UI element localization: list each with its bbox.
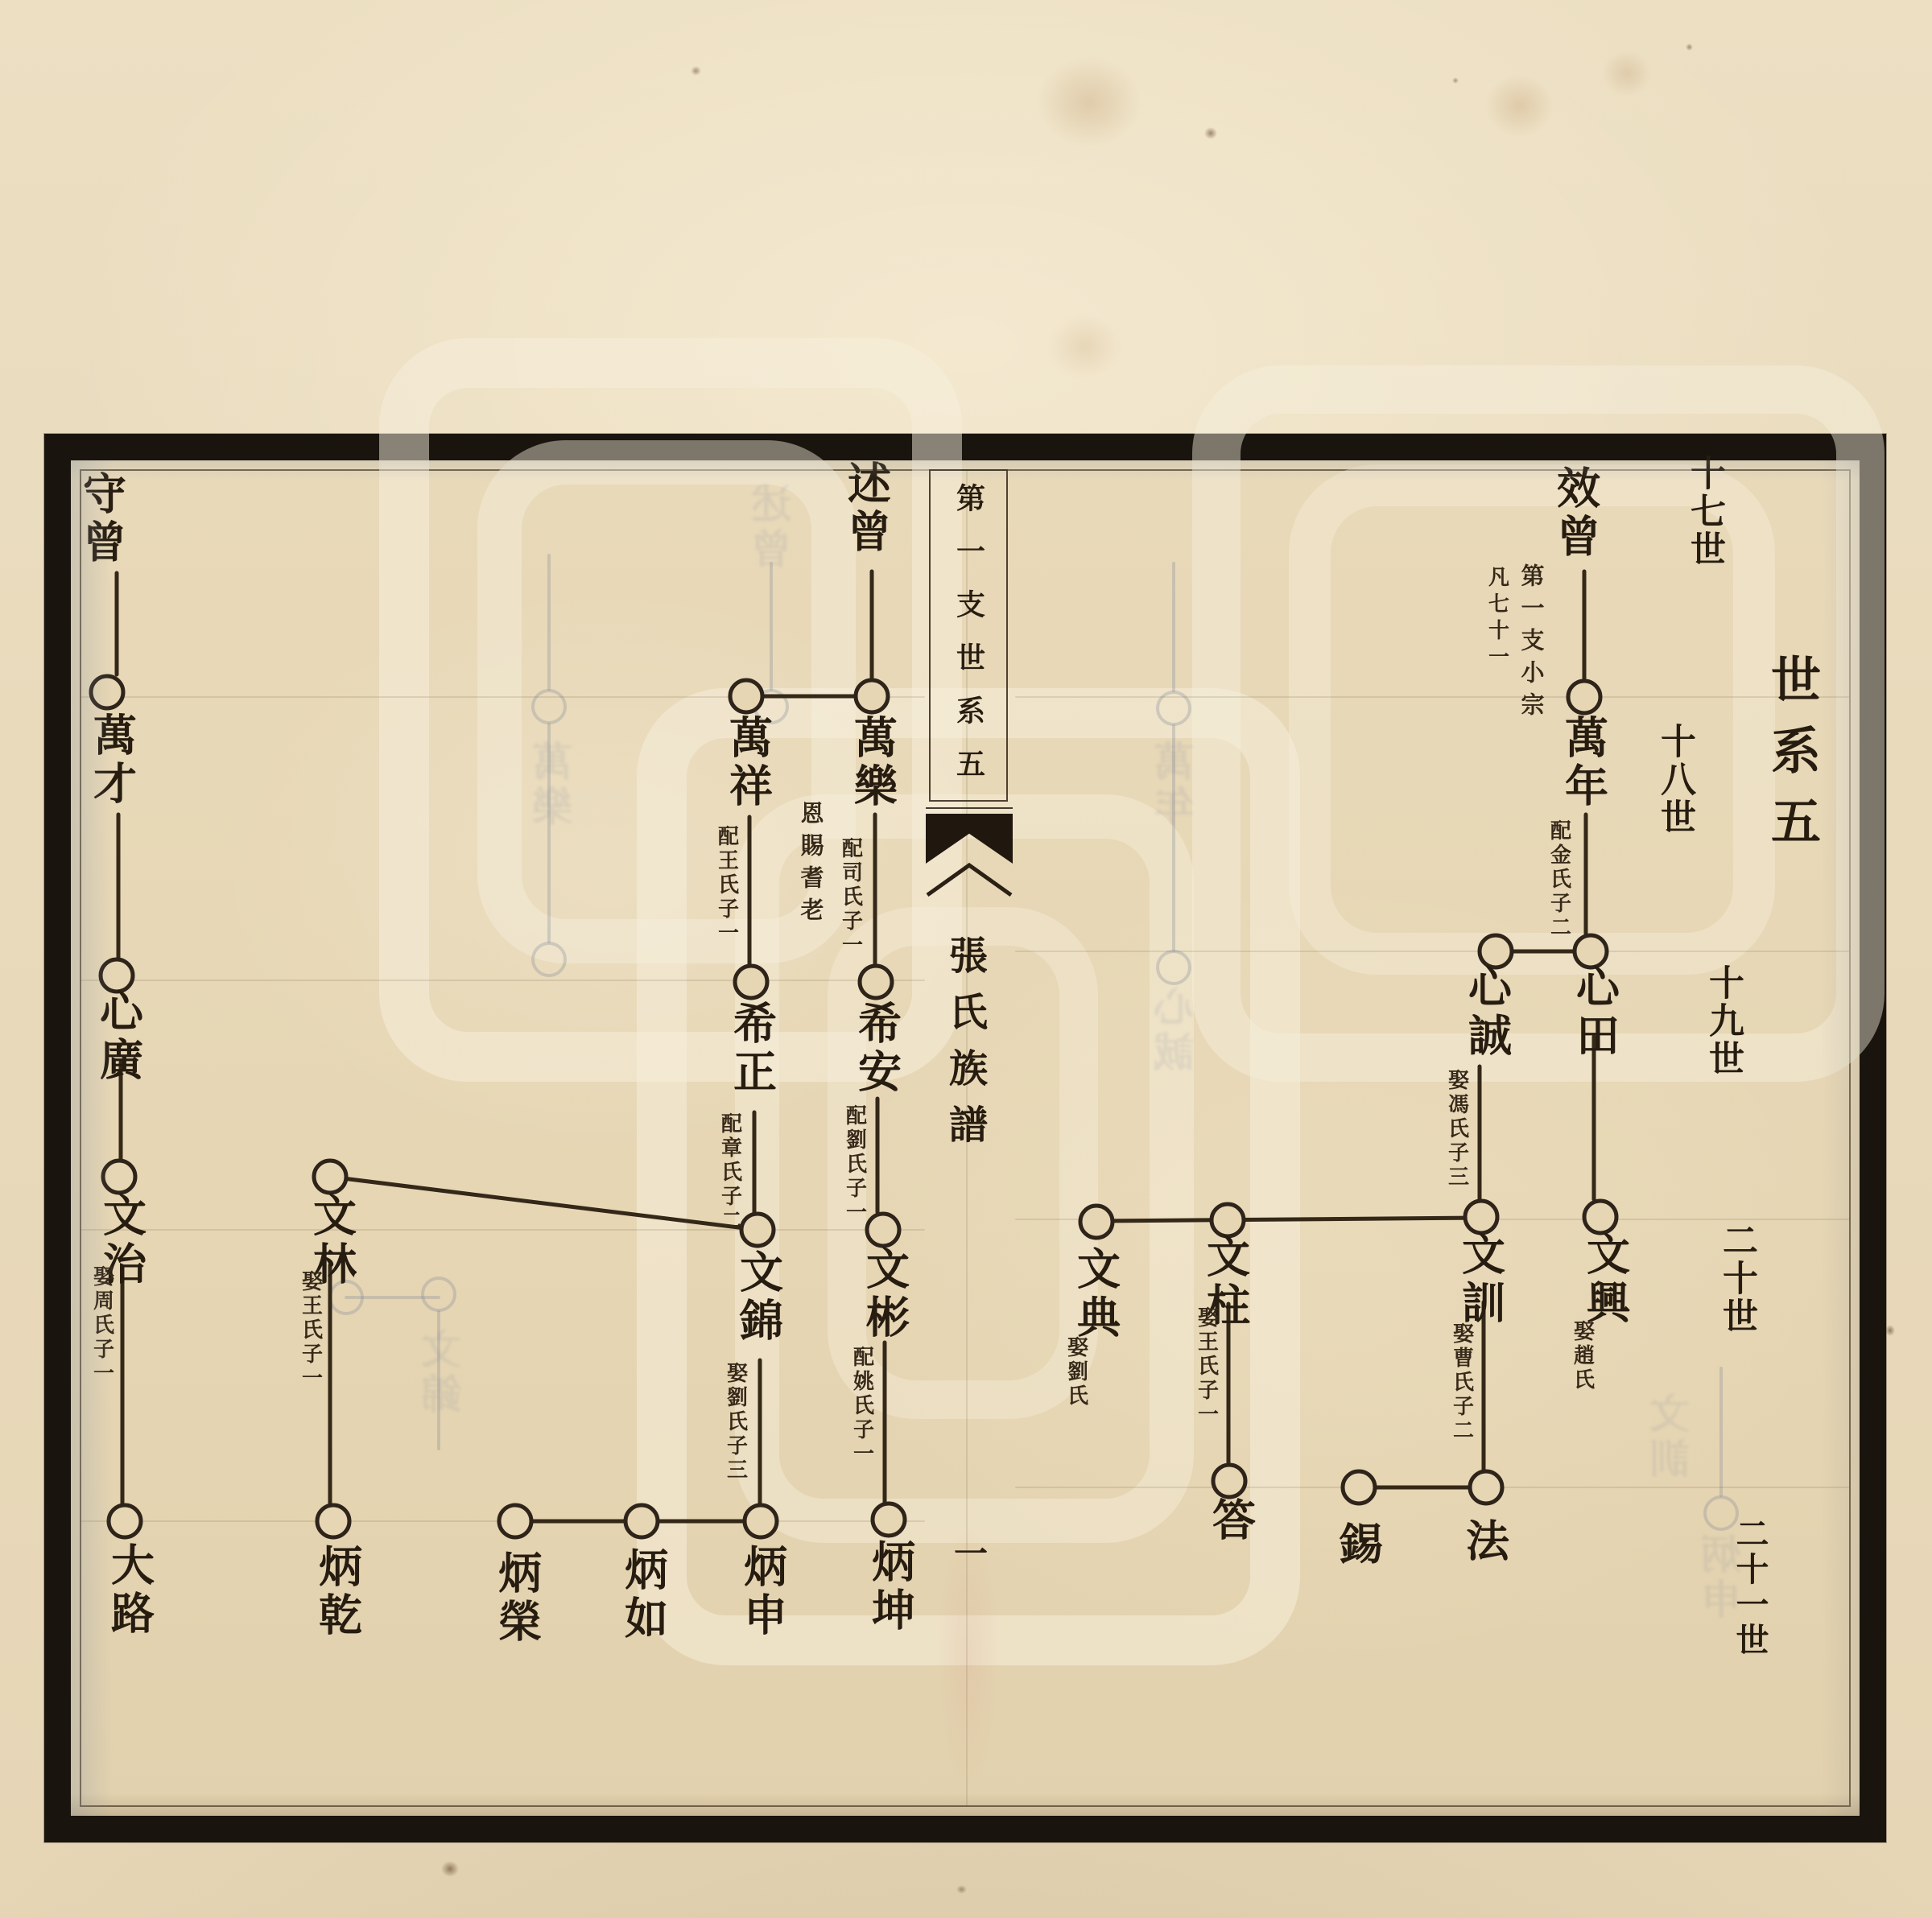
person-node-circle: [873, 1503, 905, 1536]
generation-label-20: 二十世: [1711, 1222, 1762, 1335]
person-node-circle: [735, 966, 767, 998]
person-node-circle: [1080, 1206, 1113, 1238]
spine-section-label: 第一支世系五: [949, 483, 990, 802]
generation-label-19: 十九世: [1697, 964, 1748, 1078]
person-node-circle: [856, 680, 888, 712]
person-node-circle: [741, 1214, 774, 1246]
person-node-circle: [1465, 1201, 1497, 1233]
person-node-circle: [745, 1505, 777, 1537]
chart-header: 世系五: [1757, 654, 1828, 866]
person-node-circle: [103, 1161, 135, 1193]
descent-line: [1096, 1218, 1481, 1221]
person-node-circle: [730, 680, 762, 712]
person-node-circle: [91, 676, 123, 708]
descent-line: [330, 1177, 758, 1230]
person-node-circle: [314, 1161, 346, 1193]
person-node-circle: [101, 959, 133, 992]
person-node-circle: [1212, 1204, 1244, 1236]
generation-label-17: 十七世: [1678, 455, 1730, 568]
person-node-circle: [1470, 1471, 1502, 1503]
spine-page-number: 一: [944, 1536, 993, 1569]
spine-book-title: 張氏族譜: [938, 935, 993, 1161]
person-node-circle: [109, 1505, 141, 1537]
generation-label-18: 十八世: [1649, 723, 1700, 836]
person-node-circle: [1343, 1471, 1375, 1503]
person-node-circle: [860, 966, 892, 998]
person-node-circle: [625, 1505, 658, 1537]
generation-label-21: 二十一世: [1727, 1516, 1774, 1658]
person-node-circle: [1568, 681, 1600, 713]
person-node-circle: [499, 1505, 531, 1537]
spine-rule-line: [926, 807, 1013, 809]
person-node-circle: [1480, 935, 1512, 967]
person-node-circle: [1584, 1201, 1616, 1233]
person-node-circle: [1575, 935, 1607, 967]
person-node-circle: [867, 1214, 899, 1246]
person-node-circle: [1213, 1465, 1245, 1497]
person-node-circle: [317, 1505, 349, 1537]
scanned-genealogy-sheet: 述曾萬樂文錦萬年心誠炳申文訓述曾萬樂配司氏子一恩賜耆老萬祥配王氏子一希安配劉氏子…: [0, 0, 1932, 1918]
